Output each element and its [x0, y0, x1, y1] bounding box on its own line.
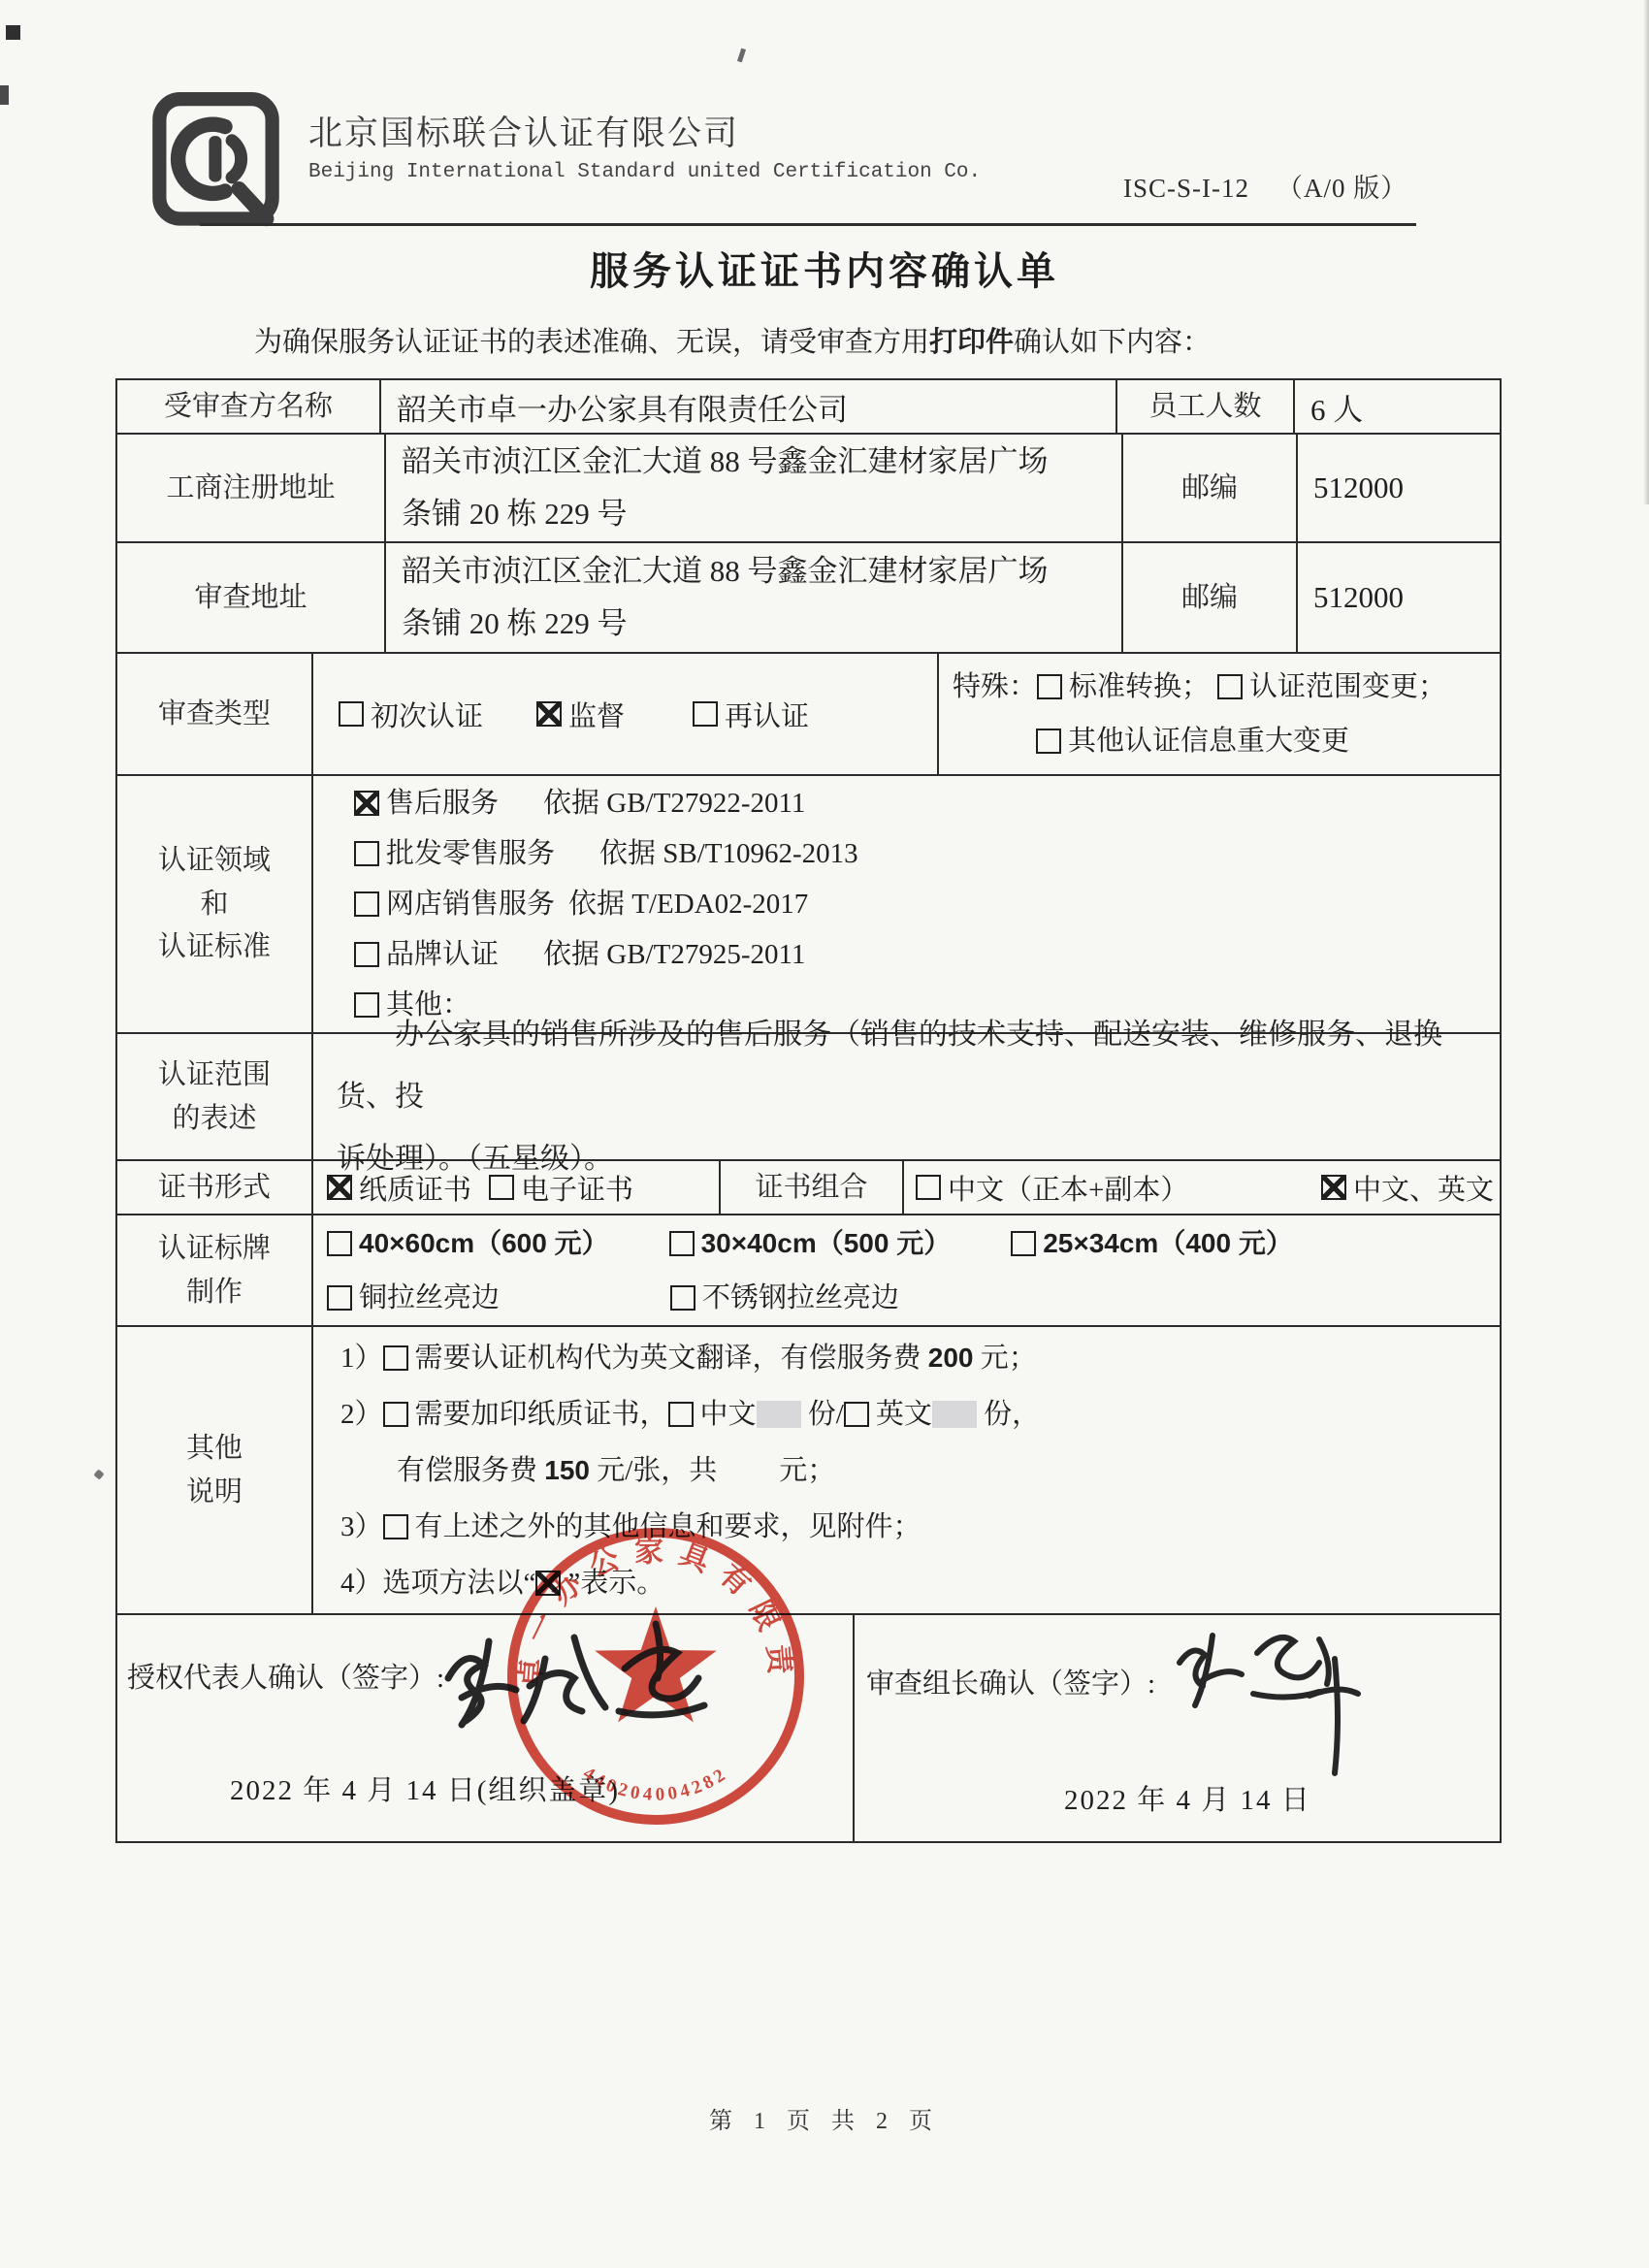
registered-address-value: 韶关市浈江区金汇大道 88 号鑫金汇建材家居广场 条铺 20 栋 229 号	[386, 435, 1123, 541]
domain-option-line: 批发零售服务依据 SB/T10962-2013	[313, 828, 858, 879]
header-rule	[200, 223, 1416, 226]
checkbox-icon	[327, 1231, 352, 1256]
checkbox-icon	[383, 1402, 408, 1427]
checkbox-icon	[383, 1514, 408, 1539]
audit-type-special: 特殊：标准转换；认证范围变更； 其他认证信息重大变更	[939, 654, 1503, 774]
text-segment: 依据 GB/T27925-2011	[543, 929, 805, 980]
scan-artifact	[6, 25, 20, 40]
combo-right-line: 中文、英文	[1321, 1168, 1503, 1208]
spacer	[500, 1297, 670, 1298]
address-line: 条铺 20 栋 229 号	[386, 598, 628, 650]
text-segment: 监督	[568, 695, 625, 734]
postal-value: 512000	[1298, 435, 1503, 541]
label-text: 认证标准	[158, 925, 271, 969]
checkbox-icon	[668, 1402, 694, 1427]
auditee-name-value: 韶关市卓一办公家具有限责任公司	[381, 380, 1117, 433]
label-text: 邮编	[1181, 467, 1238, 510]
special-line-1: 特殊：标准转换；认证范围变更；	[939, 660, 1446, 714]
plaque-line: 40×60cm（600 元）30×40cm（500 元）25×34cm（400 …	[313, 1216, 1293, 1271]
spacer	[609, 1243, 669, 1244]
note-line: 有偿服务费 150 元/张，共元；	[313, 1442, 835, 1499]
intro-post: 确认如下内容：	[1014, 327, 1211, 358]
label-text: 和	[200, 883, 228, 926]
audit-leader-signature-label: 审查组长确认（签字）:	[866, 1662, 1155, 1701]
text-segment: 依据 GB/T27922-2011	[543, 778, 805, 828]
checkbox-icon	[693, 701, 718, 727]
certifier-logo-icon	[141, 92, 291, 228]
blank-field	[932, 1401, 977, 1428]
text-segment: 4）	[340, 1555, 383, 1611]
label-text: 认证标牌	[158, 1227, 271, 1271]
spacer	[555, 854, 599, 855]
checkbox-checked-icon	[354, 791, 379, 816]
scanned-document-page: 北京国标联合认证有限公司 Beijing International Stand…	[0, 0, 1649, 2268]
audit-leader-autograph	[1162, 1603, 1385, 1787]
address-line: 条铺 20 栋 229 号	[386, 488, 628, 540]
domain-option-line: 品牌认证依据 GB/T27925-2011	[313, 929, 805, 980]
domain-option-line: 网店销售服务依据 T/EDA02-2017	[313, 879, 808, 929]
scan-artifact	[737, 49, 746, 63]
scan-artifact	[0, 85, 9, 105]
label-text: 认证范围	[158, 1053, 271, 1097]
scan-artifact	[93, 1469, 104, 1479]
text-segment: 售后服务	[386, 778, 499, 828]
text-segment: 中文（正本+副本）	[948, 1168, 1188, 1208]
checkbox-icon	[383, 1345, 408, 1371]
cert-domain-options: 售后服务依据 GB/T27922-2011 批发零售服务依据 SB/T10962…	[313, 776, 1503, 1032]
special-line-2: 其他认证信息重大变更	[939, 714, 1349, 768]
checkbox-icon	[489, 1175, 514, 1200]
audit-type-options-line: 初次认证监督再认证	[313, 695, 809, 734]
label-text: 受审查方名称	[164, 385, 333, 429]
text-segment: 元；	[779, 1442, 835, 1499]
text-segment: 铜拉丝亮边	[359, 1271, 500, 1325]
text-segment: 依据 SB/T10962-2013	[599, 828, 858, 879]
label-text: 邮编	[1181, 576, 1238, 620]
checkbox-icon	[916, 1175, 941, 1200]
text-segment: 份，	[977, 1386, 1040, 1442]
checkbox-icon	[354, 942, 379, 967]
registered-address-label: 工商注册地址	[117, 435, 386, 541]
staff-count-label: 员工人数	[1117, 380, 1295, 433]
text-segment: 中文	[700, 1386, 757, 1442]
text-segment: 不锈钢拉丝亮边	[702, 1271, 899, 1325]
cert-combo-label: 证书组合	[721, 1161, 904, 1214]
page-title: 服务认证证书内容确认单	[0, 241, 1649, 296]
plaque-options: 40×60cm（600 元）30×40cm（500 元）25×34cm（400 …	[313, 1215, 1503, 1325]
value-text: 512000	[1298, 470, 1404, 505]
text-segment: 需要加印纸质证书，	[415, 1386, 668, 1442]
cert-form-options: 纸质证书电子证书	[313, 1161, 721, 1214]
page-number: 第 1 页 共 2 页	[0, 2101, 1649, 2135]
text-segment: 40×60cm（600 元）	[359, 1216, 609, 1271]
representative-signature-label: 授权代表人确认（签字）:	[127, 1656, 444, 1696]
label-text: 证书形式	[158, 1166, 271, 1210]
row-cert-domain: 认证领域 和 认证标准 售后服务依据 GB/T27922-2011 批发零售服务…	[117, 776, 1500, 1034]
text-segment: 网店销售服务	[386, 879, 555, 929]
label-text: 说明	[186, 1471, 242, 1514]
label-text: 审查地址	[194, 576, 307, 620]
text-segment: 有偿服务费	[397, 1442, 544, 1499]
spacer	[625, 714, 693, 715]
checkbox-icon	[354, 891, 379, 917]
checkbox-icon	[670, 1285, 695, 1311]
combo-left-line: 中文（正本+副本）	[904, 1168, 1188, 1208]
domain-option-line: 售后服务依据 GB/T27922-2011	[313, 778, 805, 828]
certifier-name-en: Beijing International Standard united Ce…	[308, 161, 981, 183]
label-text: 员工人数	[1148, 385, 1261, 429]
text-segment: 批发零售服务	[386, 828, 555, 879]
cert-domain-label: 认证领域 和 认证标准	[117, 776, 313, 1032]
spacer	[951, 1243, 1011, 1244]
intro-text: 为确保服务认证证书的表述准确、无误，请受审查方用打印件确认如下内容：	[254, 320, 1211, 360]
spacer	[340, 1470, 397, 1471]
spacer	[471, 1187, 489, 1188]
spacer	[953, 741, 1036, 742]
checkbox-icon	[844, 1402, 869, 1427]
spacer	[555, 904, 568, 905]
cert-scope-label: 认证范围 的表述	[117, 1034, 313, 1159]
spacer	[1210, 687, 1217, 688]
label-text: 工商注册地址	[166, 467, 335, 510]
value-text: 6 人	[1295, 385, 1363, 429]
label-text: 证书组合	[755, 1166, 867, 1210]
audit-type-label: 审查类型	[117, 654, 313, 774]
cert-form-line: 纸质证书电子证书	[313, 1168, 633, 1208]
auditee-name-label: 受审查方名称	[117, 380, 381, 433]
checkbox-icon	[1217, 674, 1243, 699]
text-segment: 30×40cm（500 元）	[701, 1216, 952, 1271]
checkbox-checked-icon	[1321, 1175, 1346, 1200]
text-segment: 纸质证书	[359, 1168, 471, 1208]
document-code: ISC-S-I-12（A/0 版）	[1123, 167, 1407, 205]
text-segment: 150	[544, 1442, 590, 1499]
intro-bold: 打印件	[929, 327, 1014, 358]
row-cert-scope: 认证范围 的表述 办公家具的销售所涉及的售后服务（销售的技术支持、配送安装、维修…	[117, 1034, 1500, 1161]
row-audit-type: 审查类型 初次认证监督再认证 特殊：标准转换；认证范围变更； 其他认证信息重大变…	[117, 654, 1500, 776]
audit-address-value: 韶关市浈江区金汇大道 88 号鑫金汇建材家居广场 条铺 20 栋 229 号	[386, 543, 1123, 652]
checkbox-icon	[327, 1285, 352, 1311]
text-segment: 需要认证机构代为英文翻译，有偿服务费	[415, 1330, 928, 1386]
text-segment: 25×34cm（400 元）	[1043, 1216, 1293, 1271]
text-segment: 元；	[974, 1330, 1037, 1386]
postal-label: 邮编	[1123, 543, 1298, 652]
text-segment: 电子证书	[521, 1168, 633, 1208]
text-segment: 200	[928, 1330, 974, 1386]
scope-line: 办公家具的销售所涉及的售后服务（销售的技术支持、配送安装、维修服务、退换货、投	[313, 1004, 1503, 1128]
text-segment: 其他认证信息重大变更	[1068, 714, 1349, 768]
document-code-version: （A/0 版）	[1277, 174, 1407, 203]
checkbox-checked-icon	[536, 701, 562, 727]
text-segment: 份/	[801, 1386, 844, 1442]
text-segment: 3）	[340, 1499, 383, 1555]
row-cert-form: 证书形式 纸质证书电子证书 证书组合 中文（正本+副本） 中文、英文	[117, 1161, 1500, 1215]
checkbox-icon	[1011, 1231, 1036, 1256]
checkbox-checked-icon	[327, 1175, 352, 1200]
row-registered-address: 工商注册地址 韶关市浈江区金汇大道 88 号鑫金汇建材家居广场 条铺 20 栋 …	[117, 435, 1500, 543]
row-audit-address: 审查地址 韶关市浈江区金汇大道 88 号鑫金汇建材家居广场 条铺 20 栋 22…	[117, 543, 1500, 654]
audit-type-options: 初次认证监督再认证	[313, 654, 939, 774]
cert-combo-options: 中文（正本+副本） 中文、英文	[904, 1161, 1503, 1214]
plaque-label: 认证标牌 制作	[117, 1215, 313, 1325]
spacer	[483, 714, 536, 715]
label-text: 审查类型	[158, 693, 271, 736]
spacer	[499, 803, 543, 804]
label-text: 其他	[186, 1427, 242, 1471]
spacer	[717, 1470, 779, 1471]
plaque-line: 铜拉丝亮边不锈钢拉丝亮边	[313, 1271, 899, 1325]
audit-address-label: 审查地址	[117, 543, 386, 652]
text-segment: 英文	[876, 1386, 932, 1442]
blank-field	[757, 1401, 801, 1428]
note-line: 1）需要认证机构代为英文翻译，有偿服务费 200 元；	[313, 1330, 1037, 1386]
intro-pre: 为确保服务认证证书的表述准确、无误，请受审查方用	[254, 327, 929, 358]
text-segment: 特殊：	[953, 660, 1037, 714]
label-text: 认证领域	[158, 839, 271, 883]
certifier-name-cn: 北京国标联合认证有限公司	[308, 107, 739, 155]
postal-label: 邮编	[1123, 435, 1298, 541]
cert-form-label: 证书形式	[117, 1161, 313, 1214]
representative-autograph	[427, 1603, 718, 1748]
checkbox-icon	[1036, 729, 1061, 754]
text-segment: 1）	[340, 1330, 383, 1386]
label-text: 的表述	[172, 1097, 256, 1141]
text-segment: 标准转换；	[1069, 660, 1210, 714]
postal-value: 512000	[1298, 543, 1503, 652]
checkbox-icon	[1037, 674, 1062, 699]
stamp-serial: 440204004282	[579, 1764, 731, 1805]
row-auditee: 受审查方名称 韶关市卓一办公家具有限责任公司 员工人数 6 人	[117, 380, 1500, 435]
document-code-id: ISC-S-I-12	[1123, 174, 1249, 203]
other-notes-label: 其他 说明	[117, 1327, 313, 1613]
checkbox-icon	[354, 841, 379, 866]
label-text: 制作	[186, 1271, 242, 1314]
text-segment: 依据 T/EDA02-2017	[568, 879, 808, 929]
checkbox-icon	[669, 1231, 695, 1256]
note-line: 2）需要加印纸质证书，中文 份/英文 份，	[313, 1386, 1040, 1442]
text-segment: 中文、英文	[1353, 1168, 1494, 1208]
checkbox-icon	[339, 701, 364, 727]
address-line: 韶关市浈江区金汇大道 88 号鑫金汇建材家居广场	[386, 436, 1049, 488]
text-segment: 2）	[340, 1386, 383, 1442]
text-segment: 再认证	[725, 695, 809, 734]
address-line: 韶关市浈江区金汇大道 88 号鑫金汇建材家居广场	[386, 545, 1049, 598]
spacer	[499, 955, 543, 956]
row-plaque: 认证标牌 制作 40×60cm（600 元）30×40cm（500 元）25×3…	[117, 1215, 1500, 1327]
cert-scope-text: 办公家具的销售所涉及的售后服务（销售的技术支持、配送安装、维修服务、退换货、投 …	[313, 1034, 1503, 1159]
staff-count-value: 6 人	[1295, 380, 1503, 433]
text-segment: 品牌认证	[386, 929, 499, 980]
text-segment: 认证范围变更；	[1249, 660, 1446, 714]
text-segment: 元/张，共	[590, 1442, 717, 1499]
value-text: 512000	[1298, 580, 1404, 615]
text-segment: 初次认证	[371, 695, 483, 734]
value-text: 韶关市卓一办公家具有限责任公司	[381, 385, 848, 429]
